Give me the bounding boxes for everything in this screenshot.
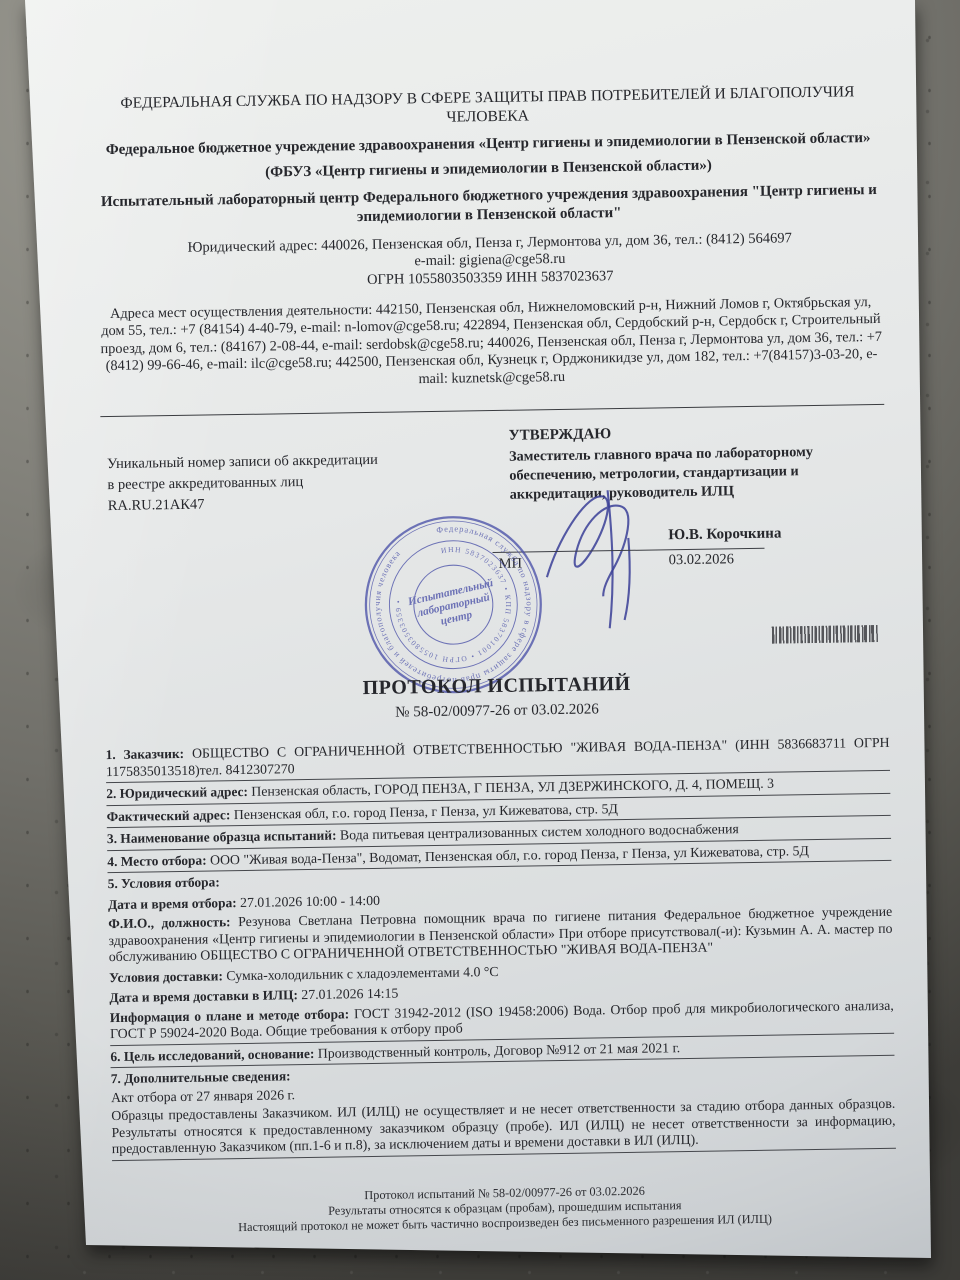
barcode-icon xyxy=(772,625,878,644)
accreditation-number: RA.RU.21АК47 xyxy=(108,491,438,517)
sampler-fio-row: Ф.И.О., должность: Резунова Светлана Пет… xyxy=(108,904,893,966)
organization-abbreviation: (ФБУЗ «Центр гигиены и эпидемиологии в П… xyxy=(96,154,880,185)
paper-sheet: ФЕДЕРАЛЬНАЯ СЛУЖБА ПО НАДЗОРУ В СФЕРЕ ЗА… xyxy=(0,0,960,1280)
activity-addresses: Адреса мест осуществления деятельности: … xyxy=(99,294,884,393)
testing-lab-center-name: Испытательный лабораторный центр Федерал… xyxy=(97,181,882,231)
approval-date: 03.02.2026 xyxy=(669,551,735,569)
protocol-sections: 1. Заказчик: ОБЩЕСТВО С ОГРАНИЧЕННОЙ ОТВ… xyxy=(106,735,896,1164)
document-content: ФЕДЕРАЛЬНАЯ СЛУЖБА ПО НАДЗОРУ В СФЕРЕ ЗА… xyxy=(95,80,897,1262)
separator-line xyxy=(100,404,884,417)
protocol-heading: ПРОТОКОЛ ИСПЫТАНИЙ № 58-02/00977-26 от 0… xyxy=(104,668,889,727)
approver-name: Ю.В. Корочкина xyxy=(668,526,781,545)
signature-icon xyxy=(531,479,683,641)
accreditation-block: Уникальный номер записи об аккредитации … xyxy=(107,449,438,517)
document-header: ФЕДЕРАЛЬНАЯ СЛУЖБА ПО НАДЗОРУ В СФЕРЕ ЗА… xyxy=(95,82,884,393)
federal-service-title: ФЕДЕРАЛЬНАЯ СЛУЖБА ПО НАДЗОРУ В СФЕРЕ ЗА… xyxy=(105,82,870,132)
additional-body: Образцы предоставлены Заказчиком. ИЛ (ИЛ… xyxy=(111,1096,896,1161)
page-footer: Протокол испытаний № 58-02/00977-26 от 0… xyxy=(113,1180,898,1238)
